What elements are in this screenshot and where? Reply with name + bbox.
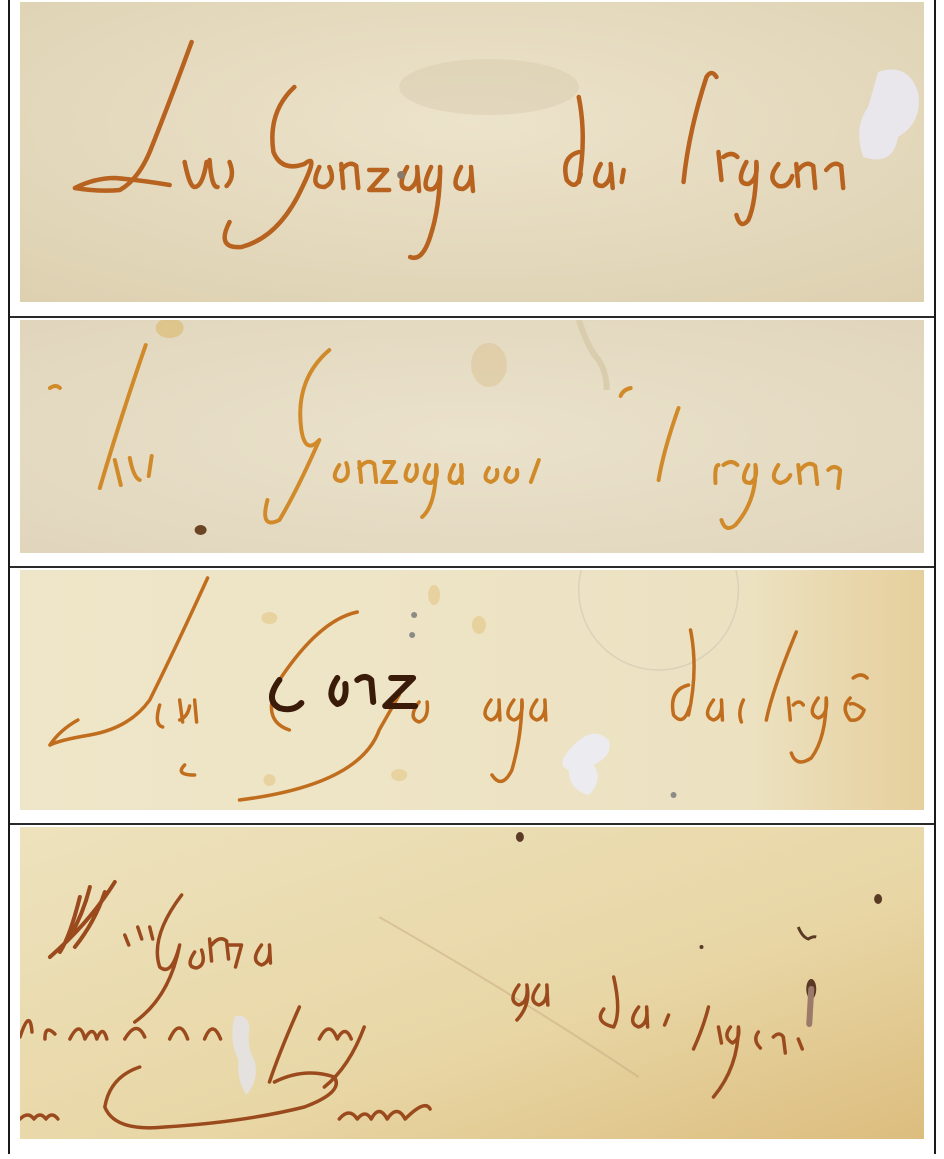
paper-background (20, 827, 924, 1139)
signature-photo-1: Luis Gonzaga das Virgens (20, 2, 924, 302)
signature-drawing-4 (20, 827, 924, 1139)
signature-row-4: Luis Gonzaga das Virgens (10, 825, 934, 1156)
signature-row-3: Luis Gonzaga das Virgens (10, 568, 934, 825)
paper-background (20, 2, 924, 302)
signature-comparison-table: Luis Gonzaga das Virgens (8, 0, 936, 1154)
signature-photo-2: Luis Gonzaga das Virgens (20, 320, 924, 553)
signature-photo-4: Luis Gonzaga das Virgens (20, 827, 924, 1139)
paper-background (20, 570, 924, 810)
signature-drawing-1 (20, 2, 924, 302)
signature-row-2: Luis Gonzaga das Virgens (10, 318, 934, 568)
signature-drawing-3 (20, 570, 924, 810)
signature-drawing-2 (20, 320, 924, 553)
paper-background (20, 320, 924, 553)
signature-row-1: Luis Gonzaga das Virgens (10, 0, 934, 318)
signature-photo-3: Luis Gonzaga das Virgens (20, 570, 924, 810)
